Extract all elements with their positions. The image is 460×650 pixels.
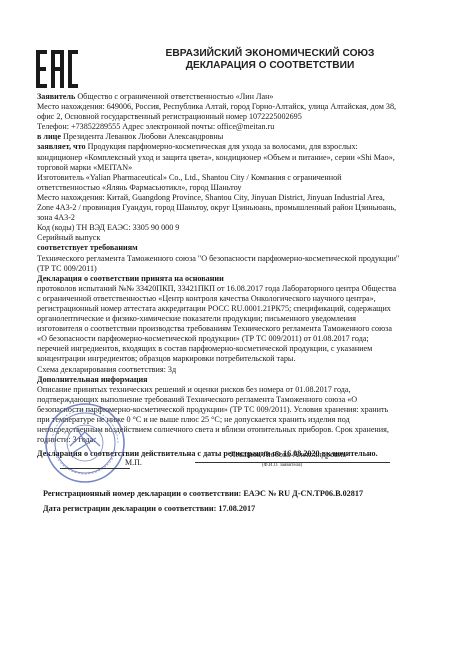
document-title: ДЕКЛАРАЦИЯ О СООТВЕТСТВИИ [110, 60, 430, 72]
conformity-line-2: (ТР ТС 009/2011) [37, 264, 437, 274]
applicant-address-2: офис 2, Основной государственный регистр… [37, 112, 437, 122]
basis-line: с ограниченной ответственностью «Центр к… [37, 294, 437, 304]
declares-label: заявляет, что [37, 142, 86, 151]
additional-info-label: Дополнительная информация [37, 375, 437, 385]
additional-line: Описание принятых технических решений и … [37, 385, 437, 395]
union-title: ЕВРАЗИЙСКИЙ ЭКОНОМИЧЕСКИЙ СОЮЗ [110, 48, 430, 60]
manufacturer-line-1: Изготовитель «Yalian Pharmaceutical» Co.… [37, 173, 437, 183]
manufacturer-line-3: Место нахождения: Китай, Guangdong Provi… [37, 193, 437, 203]
basis-line: «О безопасности парфюмерно-косметической… [37, 334, 437, 344]
eac-mark-icon [36, 50, 78, 88]
document-header: ЕВРАЗИЙСКИЙ ЭКОНОМИЧЕСКИЙ СОЮЗ ДЕКЛАРАЦИ… [110, 48, 430, 71]
manufacturer-line-5: зона 4A3-2 [37, 213, 437, 223]
basis-line: перечней ингредиентов, входящих в состав… [37, 344, 437, 354]
person-name: Президента Леванюк Любови Александровны [61, 132, 223, 141]
basis-line: изготовителя о соответствии производства… [37, 324, 437, 334]
basis-line: протоколов испытаний №№ 33420ПКП, 33421П… [37, 284, 437, 294]
applicant-contacts: Телефон: +73852289555 Адрес электронной … [37, 122, 437, 132]
manufacturer-line-2: ответственностью «Ялянь Фармасьютикл», г… [37, 183, 437, 193]
applicant-label: Заявитель [37, 92, 75, 101]
seal-place-label: М.П. [125, 458, 142, 467]
registration-number: Регистрационный номер декларации о соотв… [43, 486, 363, 501]
conformity-label: соответствует требованиям [37, 243, 437, 253]
applicant-address-1: Место нахождения: 649006, Россия, Респуб… [37, 102, 437, 112]
basis-line: органолептические и физико-химические по… [37, 314, 437, 324]
basis-line: регистрационный номер аттестата аккредит… [37, 304, 437, 314]
basis-line: концентрации ингредиентов; образцов марк… [37, 354, 437, 364]
company-seal-icon [44, 402, 126, 484]
registration-block: Регистрационный номер декларации о соотв… [43, 486, 363, 516]
applicant-name: Общество с ограниченной ответственностью… [75, 92, 273, 101]
product-line-1: Продукция парфюмерно-косметическая для у… [86, 142, 358, 151]
product-line-2: кондиционер «Комплексный уход и защита ц… [37, 153, 437, 163]
tn-ved-code: Код (коды) ТН ВЭД ЕАЭС: 3305 90 000 9 [37, 223, 437, 233]
person-label: в лице [37, 132, 61, 141]
declares-line: заявляет, что Продукция парфюмерно-косме… [37, 142, 437, 152]
declaration-scheme: Схема декларирования соответствия: 3д [37, 365, 437, 375]
signatory-name: Леванюк Любовь Александровна [230, 450, 346, 459]
applicant-person-line: в лице Президента Леванюк Любови Алексан… [37, 132, 437, 142]
basis-label: Декларация о соответствии принята на осн… [37, 274, 437, 284]
registration-date: Дата регистрации декларации о соответств… [43, 501, 363, 516]
conformity-line-1: Технического регламента Таможенного союз… [37, 254, 437, 264]
manufacturer-line-4: Zone 4A3-2 / провинция Гуандун, город Ша… [37, 203, 437, 213]
applicant-line: Заявитель Общество с ограниченной ответс… [37, 92, 437, 102]
product-line-3: торговой марки «MEITAN» [37, 163, 437, 173]
release-type: Серийный выпуск [37, 233, 437, 243]
seal-signature-line [60, 468, 130, 469]
signature-caption: (Ф.И.О. заявителя) [262, 463, 302, 468]
